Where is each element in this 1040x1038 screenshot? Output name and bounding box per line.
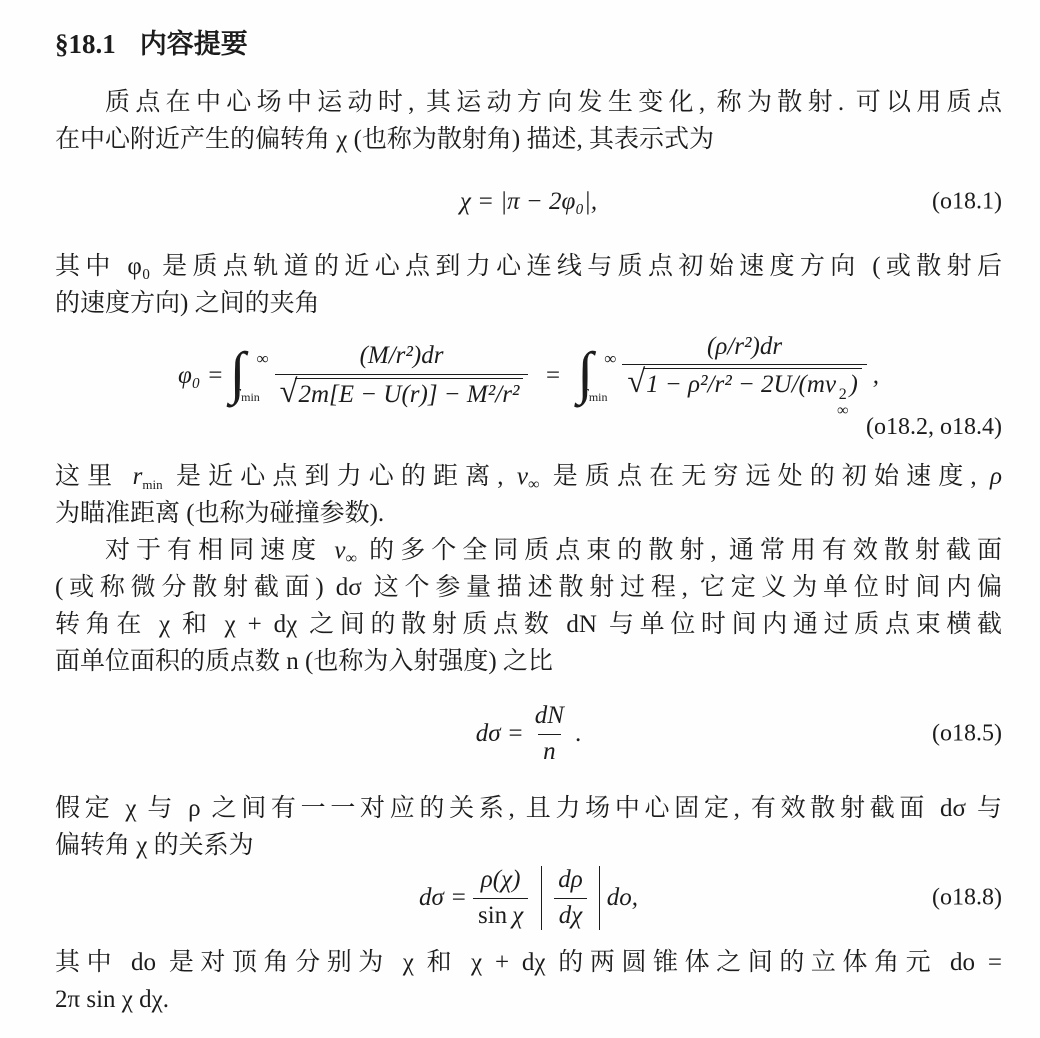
paragraph-intro: 质点在中心场中运动时, 其运动方向发生变化, 称为散射. 可以用质点 在中心附近… — [55, 84, 1002, 158]
var-rho: ρ — [990, 463, 1002, 490]
paragraph-phi0-definition: 其中 φ₀ 是质点轨道的近心点到力心连线与质点初始速度方向 (或散射后 的速度方… — [55, 248, 1002, 322]
fraction-denominator: sinχ — [473, 898, 528, 931]
equation-tag: (o18.8) — [932, 885, 1002, 912]
fraction: (M/r²)dr √ 2m[E − U(r)] − M²/r² — [275, 342, 529, 410]
radical-sign: √ — [280, 376, 298, 409]
integral-upper-limit: ∞ — [247, 349, 269, 369]
fraction: dρ dχ — [553, 866, 588, 931]
equation-lhs: φ₀ = — [178, 362, 224, 390]
equation-lhs: dσ = — [419, 884, 467, 912]
text-line: 假定 χ 与 ρ 之间有一一对应的关系, 且力场中心固定, 有效散射截面 dσ … — [55, 790, 1002, 827]
subscript-infinity: ∞ — [528, 476, 539, 493]
section-title: 内容提要 — [140, 22, 248, 61]
fraction-numerator: dN — [530, 702, 569, 734]
fraction-denominator: √ 1 − ρ²/r² − 2U/(mv2∞) — [622, 364, 866, 419]
integral: ∫ ∞ rmin — [230, 347, 269, 405]
section-number: §18.1 — [55, 29, 116, 60]
integral-limits: ∞ rmin — [247, 347, 269, 405]
vertical-bar — [599, 866, 600, 931]
text-line: 2π sin χ dχ. — [55, 981, 1002, 1018]
equation-tag: (o18.1) — [932, 189, 1002, 216]
equation-trailing: do, — [607, 884, 638, 912]
vertical-bar — [541, 866, 542, 931]
integral-sign: ∫ — [230, 344, 246, 402]
text-line: (或称微分散射截面) dσ 这个参量描述散射过程, 它定义为单位时间内偏 — [55, 569, 1002, 606]
fraction-denominator: √ 2m[E − U(r)] − M²/r² — [275, 374, 529, 411]
radical-body: 2m[E − U(r)] − M²/r² — [295, 378, 523, 410]
text-line: 偏转角 χ 的关系为 — [55, 827, 1002, 864]
text-line: 在中心附近产生的偏转角 χ (也称为散射角) 描述, 其表示式为 — [55, 121, 1002, 158]
text-line: 为瞄准距离 (也称为碰撞参数). — [55, 495, 1002, 532]
integral-upper-limit: ∞ — [594, 349, 616, 369]
section-heading: §18.1 内容提要 — [55, 22, 1002, 56]
var-chi: χ — [512, 902, 523, 931]
paragraph-cross-section: 对于有相同速度 v∞ 的多个全同质点束的散射, 通常用有效散射截面 (或称微分散… — [55, 532, 1002, 680]
integral: ∫ ∞ rmin — [577, 347, 616, 405]
paragraph-solid-angle: 其中 do 是对顶角分别为 χ 和 χ + dχ 的两圆锥体之间的立体角元 do… — [55, 944, 1002, 1018]
equation-trailing-punctuation: , — [873, 362, 879, 390]
fraction-numerator: dρ — [553, 866, 588, 898]
text-line: 其中 φ₀ 是质点轨道的近心点到力心连线与质点初始速度方向 (或散射后 — [55, 248, 1002, 285]
text-line: 的速度方向) 之间的夹角 — [55, 285, 1002, 322]
textbook-page: §18.1 内容提要 质点在中心场中运动时, 其运动方向发生变化, 称为散射. … — [0, 0, 1040, 1038]
display-equation-o18-1: χ = |π − 2φ₀|, (o18.1) — [55, 178, 1002, 226]
text-line: 质点在中心场中运动时, 其运动方向发生变化, 称为散射. 可以用质点 — [55, 84, 1002, 121]
equation-tag: (o18.5) — [932, 721, 1002, 748]
text-line: 对于有相同速度 v∞ 的多个全同质点束的散射, 通常用有效散射截面 — [55, 532, 1002, 569]
equation-trailing-punctuation: . — [575, 720, 581, 748]
text-line: 这里 rmin 是近心点到力心的距离, v∞ 是质点在无穷远处的初始速度, ρ — [55, 458, 1002, 495]
text-line: 其中 do 是对顶角分别为 χ 和 χ + dχ 的两圆锥体之间的立体角元 do… — [55, 944, 1002, 981]
fraction-denominator: dχ — [554, 898, 588, 931]
fraction-denominator: n — [538, 734, 561, 767]
fraction: dN n — [530, 702, 569, 767]
paragraph-rmin-vinf: 这里 rmin 是近心点到力心的距离, v∞ 是质点在无穷远处的初始速度, ρ … — [55, 458, 1002, 532]
equals-sign: = — [544, 362, 561, 390]
fraction-numerator: (ρ/r²)dr — [702, 333, 787, 365]
radical-body: 1 − ρ²/r² − 2U/(mv2∞) — [643, 368, 862, 419]
fraction: ρ(χ) sinχ — [473, 866, 528, 931]
sup-sub-stack: 2∞ — [837, 387, 848, 419]
fraction-numerator: (M/r²)dr — [355, 342, 449, 374]
radical-sign: √ — [627, 366, 645, 399]
fraction: (ρ/r²)dr √ 1 − ρ²/r² − 2U/(mv2∞) — [622, 333, 866, 420]
paragraph-relation: 假定 χ 与 ρ 之间有一一对应的关系, 且力场中心固定, 有效散射截面 dσ … — [55, 790, 1002, 864]
equation-body: χ = |π − 2φ₀|, — [460, 188, 597, 216]
subscript-infinity: ∞ — [346, 550, 357, 567]
text-line: 面单位面积的质点数 n (也称为入射强度) 之比 — [55, 643, 1002, 680]
integral-sign: ∫ — [577, 344, 593, 402]
sin-function: sin — [478, 902, 507, 931]
text-line: 转角在 χ 和 χ + dχ 之间的散射质点数 dN 与单位时间内通过质点束横截 — [55, 606, 1002, 643]
display-equation-o18-2: φ₀ = ∫ ∞ rmin (M/r²)dr √ 2m[E − U(r)] − … — [55, 332, 1002, 444]
equation-lhs: dσ = — [476, 720, 524, 748]
absolute-value-group: dρ dχ — [536, 866, 605, 931]
var-v: v — [517, 463, 528, 490]
subscript-min: min — [142, 477, 162, 492]
display-equation-o18-8: dσ = ρ(χ) sinχ dρ dχ do, (o18.8) — [55, 866, 1002, 930]
fraction-numerator: ρ(χ) — [476, 866, 526, 898]
var-r: r — [133, 463, 143, 490]
display-equation-o18-5: dσ = dN n . (o18.5) — [55, 698, 1002, 770]
equation-body: φ₀ = ∫ ∞ rmin (M/r²)dr √ 2m[E − U(r)] − … — [55, 332, 1002, 420]
integral-limits: ∞ rmin — [594, 347, 616, 405]
var-v: v — [334, 537, 345, 564]
